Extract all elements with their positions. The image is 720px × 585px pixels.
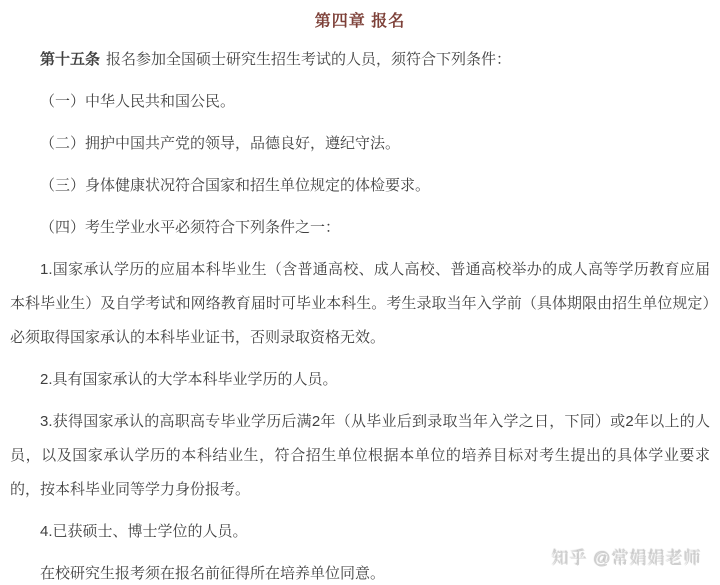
academic-item-2: 2.具有国家承认的大学本科毕业学历的人员。 (10, 363, 710, 397)
document-page: 第四章 报名 第十五条报名参加全国硕士研究生招生考试的人员，须符合下列条件： （… (0, 0, 720, 585)
condition-item-3: （三）身体健康状况符合国家和招生单位规定的体检要求。 (10, 169, 710, 203)
academic-item-1: 1.国家承认学历的应届本科毕业生（含普通高校、成人高校、普通高校举办的成人高等学… (10, 253, 710, 355)
condition-item-2: （二）拥护中国共产党的领导，品德良好，遵纪守法。 (10, 127, 710, 161)
article-intro-paragraph: 第十五条报名参加全国硕士研究生招生考试的人员，须符合下列条件： (10, 43, 710, 77)
condition-item-4: （四）考生学业水平必须符合下列条件之一： (10, 211, 710, 245)
chapter-title: 第四章 报名 (10, 8, 710, 31)
academic-item-3: 3.获得国家承认的高职高专毕业学历后满2年（从毕业后到录取当年入学之日，下同）或… (10, 405, 710, 507)
condition-item-1: （一）中华人民共和国公民。 (10, 85, 710, 119)
zhihu-author-watermark: 知乎 @常娟娟老师 (552, 544, 702, 569)
article-intro-text: 报名参加全国硕士研究生招生考试的人员，须符合下列条件： (106, 51, 511, 68)
article-number-label: 第十五条 (40, 51, 100, 68)
